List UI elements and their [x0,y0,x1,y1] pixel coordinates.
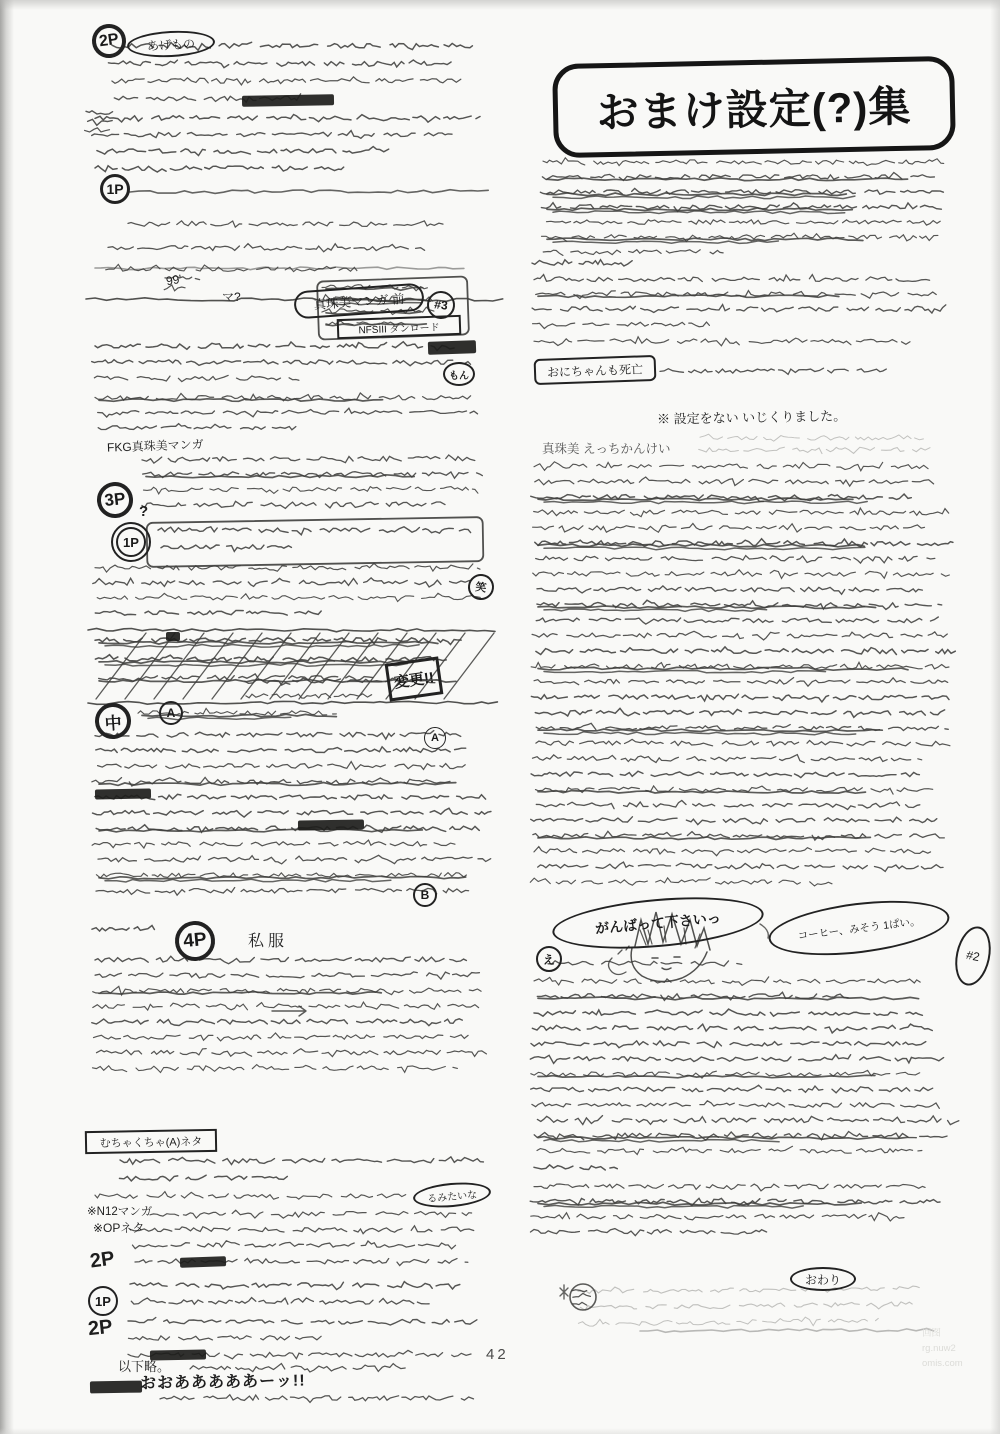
note-question: ? [139,504,148,519]
page-number: 42 [486,1346,509,1363]
marker-1p-a: 1P [100,174,130,204]
marker-a1: A [159,701,183,725]
marker-b: B [413,883,437,907]
page-title: おまけ設定(?)集 [596,74,912,141]
tag-owari: おわり [790,1267,856,1291]
box-henkou: 変更!! [385,656,444,701]
title-box: おまけ設定(?)集 [552,56,956,158]
watermark-line2: rg.nuw2 [922,1343,1000,1356]
label-ikaryaku: 以下略。 [118,1360,170,1373]
marker-1p-b: 1P [116,527,146,557]
note-settei: ※ 設定をない いじくりました。 [657,409,846,425]
watermark-logo: 回图 [922,1328,1000,1341]
watermark: 回图 rg.nuw2 omis.com [922,1328,1000,1370]
label-ecchi-kankei: 真珠美 えっちかんけい [542,443,670,456]
label-scream: おおあああああーッ!! [140,1374,306,1393]
watermark-url: omis.com [922,1358,1000,1371]
label-fkg-manga: FKG真珠美マンガ [107,438,204,453]
label-op-neta: ※OPネタ [93,1222,144,1234]
box-oniichan-shibou: おにちゃんも死亡 [534,355,657,385]
marker-a2: A [424,727,446,749]
box-mucha-neta: むちゃくちゃ(A)ネタ [85,1129,217,1154]
note-99: 99' [165,273,182,288]
marker-1p-c: 1P [88,1286,118,1316]
label-n12-manga: ※N12マンガ [87,1207,152,1219]
marker-2p-c: 2P [87,1317,113,1339]
handwriting-layer [0,0,1000,1434]
label-shifuku: 私服 [248,934,288,950]
note-ma: マ? [222,291,241,303]
marker-mon: もん [443,362,475,386]
marker-e: え [536,946,562,972]
marker-2p-b: 2P [89,1248,116,1271]
scanned-doujinshi-page: おまけ設定(?)集 2P あげもの 1P 99' マ? 真珠美マンガ 前 #3 … [0,0,1000,1434]
